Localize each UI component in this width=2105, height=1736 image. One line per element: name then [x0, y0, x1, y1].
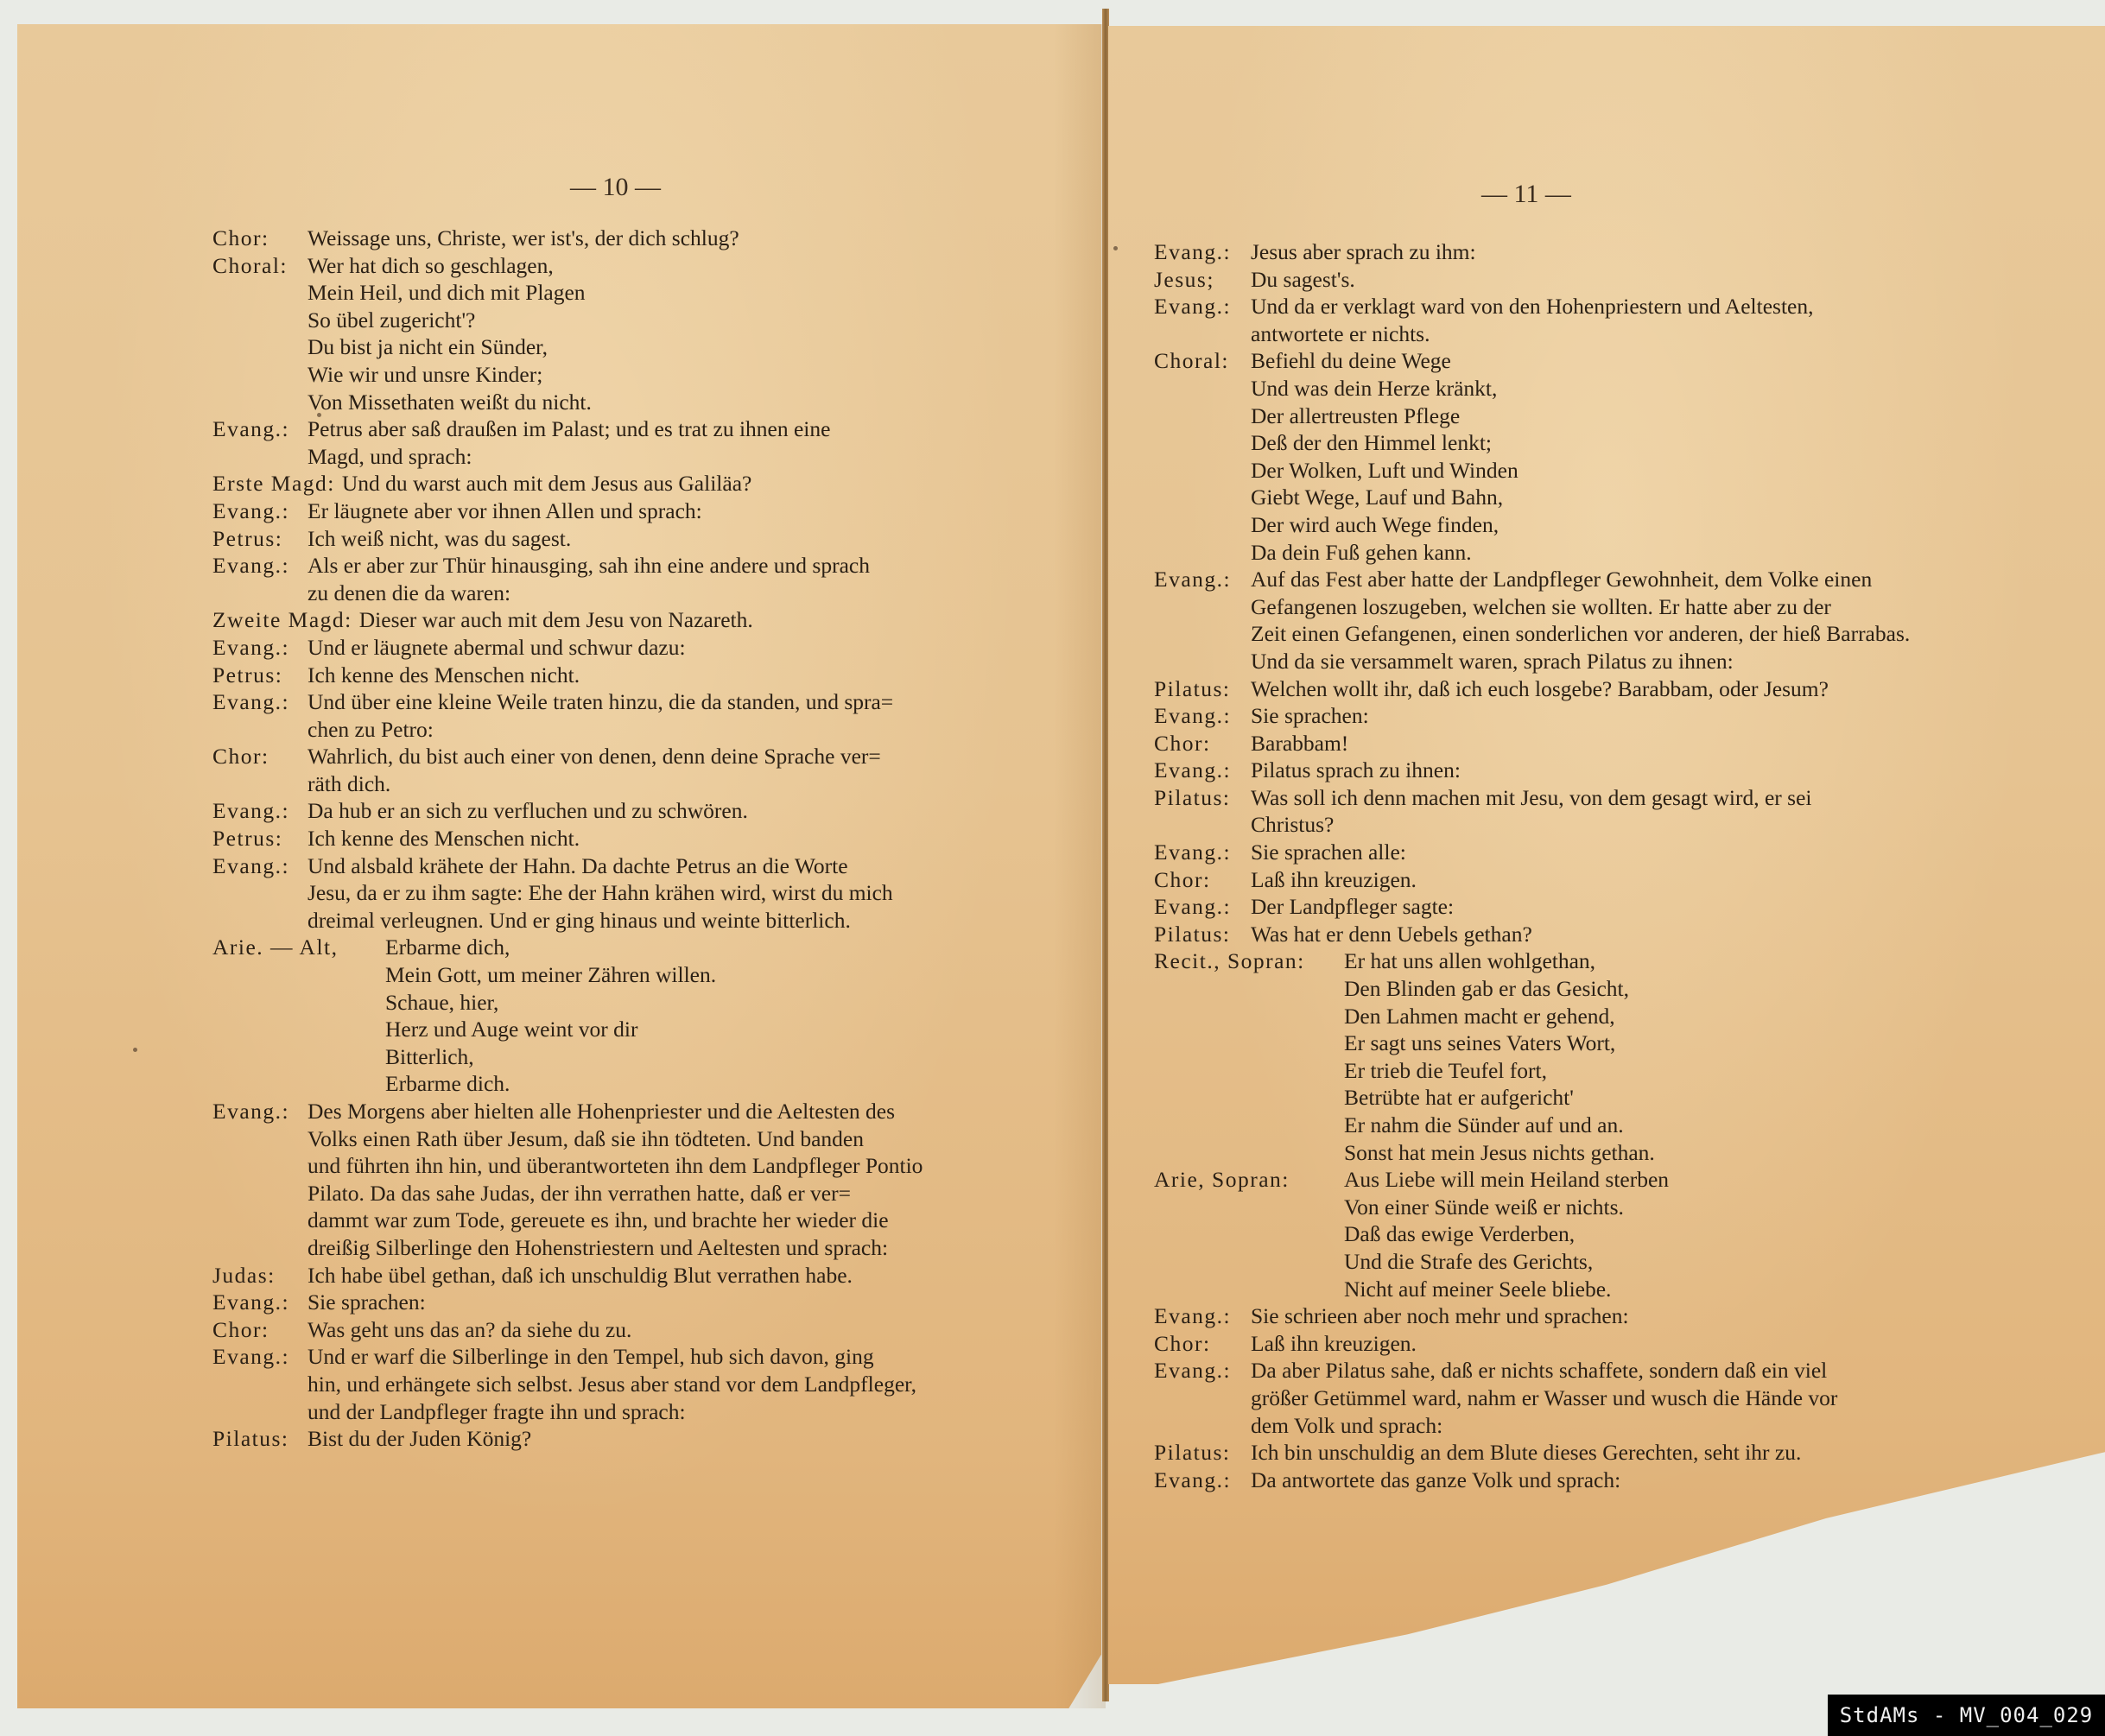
dialogue-entry: Evang.:Als er aber zur Thür hinausging, …: [212, 552, 1016, 606]
speech-text: Da aber Pilatus sahe, daß er nichts scha…: [1251, 1357, 1949, 1439]
left-page-text: Chor:Weissage uns, Christe, wer ist's, d…: [212, 225, 1016, 1453]
text-line: Nicht auf meiner Seele bliebe.: [1344, 1276, 1949, 1303]
speaker-label: Evang.:: [1154, 893, 1251, 921]
text-line: Gefangenen loszugeben, welchen sie wollt…: [1251, 593, 1949, 621]
speaker-label: Pilatus:: [1154, 1439, 1251, 1467]
speech-text: Ich habe übel gethan, daß ich unschuldig…: [308, 1262, 1016, 1289]
text-line: Jesu, da er zu ihm sagte: Ehe der Hahn k…: [308, 879, 1016, 907]
dialogue-entry: Chor:Laß ihn kreuzigen.: [1154, 866, 1949, 894]
dialogue-entry: Evang.:Und alsbald krähete der Hahn. Da …: [212, 852, 1016, 935]
speech-text: Sie sprachen:: [308, 1289, 1016, 1316]
speech-text: Da hub er an sich zu verfluchen und zu s…: [308, 797, 1016, 825]
speaker-label: Evang.:: [1154, 566, 1251, 675]
speech-text: Wer hat dich so geschlagen,Mein Heil, un…: [308, 252, 1016, 416]
text-line: Ich kenne des Menschen nicht.: [308, 662, 1016, 689]
dialogue-entry: Pilatus:Was soll ich denn machen mit Jes…: [1154, 784, 1949, 839]
text-line: größer Getümmel ward, nahm er Wasser und…: [1251, 1384, 1949, 1412]
speech-text: Petrus aber saß draußen im Palast; und e…: [308, 415, 1016, 470]
text-line: Auf das Fest aber hatte der Landpfleger …: [1251, 566, 1949, 593]
dialogue-entry: Evang.:Und über eine kleine Weile traten…: [212, 688, 1016, 743]
speaker-label: Judas:: [212, 1262, 308, 1289]
dialogue-entry: Evang.:Und er läugnete abermal und schwu…: [212, 634, 1016, 662]
text-line: Wie wir und unsre Kinder;: [308, 361, 1016, 389]
speech-text: Der Landpfleger sagte:: [1251, 893, 1949, 921]
text-line: Sonst hat mein Jesus nichts gethan.: [1344, 1139, 1949, 1167]
text-line: Jesus aber sprach zu ihm:: [1251, 238, 1949, 266]
speaker-label: Evang.:: [212, 1343, 308, 1425]
speaker-label: Petrus:: [212, 525, 308, 553]
speech-text: Ich kenne des Menschen nicht.: [308, 825, 1016, 852]
text-line: Laß ihn kreuzigen.: [1251, 1330, 1949, 1358]
text-line: Du sagest's.: [1251, 266, 1949, 294]
right-page: — 11 — Evang.:Jesus aber sprach zu ihm:J…: [1108, 26, 2105, 1684]
text-line: Und da er verklagt ward von den Hohenpri…: [1251, 293, 1949, 320]
dialogue-entry: Evang.:Da hub er an sich zu verfluchen u…: [212, 797, 1016, 825]
speaker-label: Choral:: [1154, 347, 1251, 566]
text-line: Sie schrieen aber noch mehr und sprachen…: [1251, 1302, 1949, 1330]
speaker-label: Evang.:: [1154, 1302, 1251, 1330]
text-line: Welchen wollt ihr, daß ich euch losgebe?…: [1251, 675, 1949, 703]
speaker-label: Evang.:: [212, 1289, 308, 1316]
text-line: Sie sprachen:: [1251, 702, 1949, 730]
text-line: dreimal verleugnen. Und er ging hinaus u…: [308, 907, 1016, 935]
text-line: chen zu Petro:: [308, 716, 1016, 744]
speaker-label: Evang.:: [212, 797, 308, 825]
speech-text: Befiehl du deine WegeUnd was dein Herze …: [1251, 347, 1949, 566]
speaker-label: Evang.:: [1154, 757, 1251, 784]
speech-text: Er läugnete aber vor ihnen Allen und spr…: [308, 497, 1016, 525]
dialogue-entry: Choral:Wer hat dich so geschlagen,Mein H…: [212, 252, 1016, 416]
text-line: Von einer Sünde weiß er nichts.: [1344, 1194, 1949, 1221]
paper-speck: [1113, 246, 1118, 250]
dialogue-entry: Evang.:Pilatus sprach zu ihnen:: [1154, 757, 1949, 784]
text-line: Er hat uns allen wohlgethan,: [1344, 947, 1949, 975]
text-line: Der Landpfleger sagte:: [1251, 893, 1949, 921]
dialogue-entry: Pilatus:Welchen wollt ihr, daß ich euch …: [1154, 675, 1949, 703]
text-line: Sie sprachen alle:: [1251, 839, 1949, 866]
speaker-label: Evang.:: [212, 634, 308, 662]
speech-text: Laß ihn kreuzigen.: [1251, 866, 1949, 894]
speech-text: Und über eine kleine Weile traten hinzu,…: [308, 688, 1016, 743]
dialogue-entry: Recit., Sopran:Er hat uns allen wohlgeth…: [1154, 947, 1949, 1166]
text-line: Er trieb die Teufel fort,: [1344, 1057, 1949, 1085]
book-spread: — 10 — Chor:Weissage uns, Christe, wer i…: [0, 0, 2105, 1736]
speech-text: Da antwortete das ganze Volk und sprach:: [1251, 1467, 1949, 1494]
speaker-label: Pilatus:: [212, 1425, 308, 1453]
text-line: zu denen die da waren:: [308, 580, 1016, 607]
speaker-label: Evang.:: [212, 852, 308, 935]
dialogue-entry: Evang.:Der Landpfleger sagte:: [1154, 893, 1949, 921]
speech-text: Wahrlich, du bist auch einer von denen, …: [308, 743, 1016, 797]
speaker-label: Evang.:: [1154, 293, 1251, 347]
text-line: dammt war zum Tode, gereuete es ihn, und…: [308, 1207, 1016, 1234]
dialogue-entry: Erste Magd:Und du warst auch mit dem Jes…: [212, 470, 1016, 497]
text-line: Und über eine kleine Weile traten hinzu,…: [308, 688, 1016, 716]
speaker-label: Arie, Sopran:: [1154, 1166, 1344, 1302]
dialogue-entry: Chor:Weissage uns, Christe, wer ist's, d…: [212, 225, 1016, 252]
text-line: Bist du der Juden König?: [308, 1425, 1016, 1453]
paper-speck: [317, 413, 321, 417]
text-line: Volks einen Rath über Jesum, daß sie ihn…: [308, 1125, 1016, 1153]
speaker-label: Jesus;: [1154, 266, 1251, 294]
speaker-label: Recit., Sopran:: [1154, 947, 1344, 1166]
text-line: Der Wolken, Luft und Winden: [1251, 457, 1949, 485]
speech-text: Und da er verklagt ward von den Hohenpri…: [1251, 293, 1949, 347]
speech-text: Aus Liebe will mein Heiland sterbenVon e…: [1344, 1166, 1949, 1302]
text-line: Den Lahmen macht er gehend,: [1344, 1003, 1949, 1030]
text-line: Mein Heil, und dich mit Plagen: [308, 279, 1016, 307]
speaker-label: Evang.:: [1154, 1467, 1251, 1494]
text-line: Barabbam!: [1251, 730, 1949, 757]
dialogue-entry: Arie, Sopran:Aus Liebe will mein Heiland…: [1154, 1166, 1949, 1302]
dialogue-entry: Chor:Laß ihn kreuzigen.: [1154, 1330, 1949, 1358]
left-page: — 10 — Chor:Weissage uns, Christe, wer i…: [17, 24, 1101, 1708]
speech-text: Was geht uns das an? da siehe du zu.: [308, 1316, 1016, 1344]
text-line: Des Morgens aber hielten alle Hohenpries…: [308, 1098, 1016, 1125]
dialogue-entry: Choral:Befiehl du deine WegeUnd was dein…: [1154, 347, 1949, 566]
dialogue-entry: Evang.:Petrus aber saß draußen im Palast…: [212, 415, 1016, 470]
speaker-label: Petrus:: [212, 662, 308, 689]
dialogue-entry: Arie. — Alt,Erbarme dich,Mein Gott, um m…: [212, 934, 1016, 1098]
dialogue-entry: Evang.:Da aber Pilatus sahe, daß er nich…: [1154, 1357, 1949, 1439]
speaker-label: Chor:: [212, 743, 308, 797]
text-line: und führten ihn hin, und überantworteten…: [308, 1152, 1016, 1180]
text-line: antwortete er nichts.: [1251, 320, 1949, 348]
text-line: Er nahm die Sünder auf und an.: [1344, 1112, 1949, 1139]
text-line: Der wird auch Wege finden,: [1251, 511, 1949, 539]
text-line: Und alsbald krähete der Hahn. Da dachte …: [308, 852, 1016, 880]
dialogue-entry: Zweite Magd:Dieser war auch mit dem Jesu…: [212, 606, 1016, 634]
speech-text: Und er warf die Silberlinge in den Tempe…: [308, 1343, 1016, 1425]
text-line: Ich bin unschuldig an dem Blute dieses G…: [1251, 1439, 1949, 1467]
speaker-label: Choral:: [212, 252, 308, 416]
dialogue-entry: Evang.:Da antwortete das ganze Volk und …: [1154, 1467, 1949, 1494]
text-line: So übel zugericht'?: [308, 307, 1016, 334]
speech-text: Was soll ich denn machen mit Jesu, von d…: [1251, 784, 1949, 839]
text-line: Und da sie versammelt waren, sprach Pila…: [1251, 648, 1949, 675]
paper-speck: [133, 1048, 137, 1052]
speaker-label: Evang.:: [212, 688, 308, 743]
page-number-right: — 11 —: [1481, 180, 1571, 209]
dialogue-entry: Pilatus:Ich bin unschuldig an dem Blute …: [1154, 1439, 1949, 1467]
speaker-label: Evang.:: [1154, 238, 1251, 266]
text-line: Aus Liebe will mein Heiland sterben: [1344, 1166, 1949, 1194]
dialogue-entry: Evang.:Er läugnete aber vor ihnen Allen …: [212, 497, 1016, 525]
text-line: Der allertreusten Pflege: [1251, 402, 1949, 430]
text-line: Herz und Auge weint vor dir: [385, 1016, 1016, 1043]
speaker-label: Chor:: [212, 225, 308, 252]
speaker-label: Evang.:: [212, 497, 308, 525]
text-line: Weissage uns, Christe, wer ist's, der di…: [308, 225, 1016, 252]
dialogue-entry: Evang.:Sie sprachen:: [212, 1289, 1016, 1316]
dialogue-entry: Chor:Barabbam!: [1154, 730, 1949, 757]
text-line: Da dein Fuß gehen kann.: [1251, 539, 1949, 567]
speech-text: Ich bin unschuldig an dem Blute dieses G…: [1251, 1439, 1949, 1467]
text-line: räth dich.: [308, 770, 1016, 798]
speech-text: Dieser war auch mit dem Jesu von Nazaret…: [359, 606, 1016, 634]
dialogue-entry: Pilatus:Was hat er denn Uebels gethan?: [1154, 921, 1949, 948]
text-line: Schaue, hier,: [385, 989, 1016, 1017]
speech-text: Des Morgens aber hielten alle Hohenpries…: [308, 1098, 1016, 1262]
text-line: Befiehl du deine Wege: [1251, 347, 1949, 375]
text-line: Ich habe übel gethan, daß ich unschuldig…: [308, 1262, 1016, 1289]
speaker-label: Chor:: [1154, 866, 1251, 894]
text-line: Bitterlich,: [385, 1043, 1016, 1071]
text-line: Daß das ewige Verderben,: [1344, 1220, 1949, 1248]
dialogue-entry: Evang.:Auf das Fest aber hatte der Landp…: [1154, 566, 1949, 675]
text-line: Und die Strafe des Gerichts,: [1344, 1248, 1949, 1276]
text-line: Den Blinden gab er das Gesicht,: [1344, 975, 1949, 1003]
dialogue-entry: Petrus:Ich weiß nicht, was du sagest.: [212, 525, 1016, 553]
speaker-label: Evang.:: [212, 415, 308, 470]
speech-text: Und er läugnete abermal und schwur dazu:: [308, 634, 1016, 662]
text-line: Was hat er denn Uebels gethan?: [1251, 921, 1949, 948]
text-line: Magd, und sprach:: [308, 443, 1016, 471]
dialogue-entry: Evang.:Sie schrieen aber noch mehr und s…: [1154, 1302, 1949, 1330]
speaker-label: Chor:: [1154, 1330, 1251, 1358]
text-line: Giebt Wege, Lauf und Bahn,: [1251, 484, 1949, 511]
text-line: Deß der den Himmel lenkt;: [1251, 429, 1949, 457]
text-line: Ich weiß nicht, was du sagest.: [308, 525, 1016, 553]
spine-shadow: [1054, 24, 1106, 1708]
text-line: Was soll ich denn machen mit Jesu, von d…: [1251, 784, 1949, 812]
dialogue-entry: Jesus;Du sagest's.: [1154, 266, 1949, 294]
text-line: hin, und erhängete sich selbst. Jesus ab…: [308, 1371, 1016, 1398]
text-line: Ich kenne des Menschen nicht.: [308, 825, 1016, 852]
dialogue-entry: Judas:Ich habe übel gethan, daß ich unsc…: [212, 1262, 1016, 1289]
speaker-label: Evang.:: [1154, 702, 1251, 730]
speaker-label: Evang.:: [1154, 839, 1251, 866]
speech-text: Sie sprachen alle:: [1251, 839, 1949, 866]
speaker-label: Pilatus:: [1154, 921, 1251, 948]
speech-text: Bist du der Juden König?: [308, 1425, 1016, 1453]
text-line: Dieser war auch mit dem Jesu von Nazaret…: [359, 606, 1016, 634]
dialogue-entry: Evang.:Und da er verklagt ward von den H…: [1154, 293, 1949, 347]
speaker-label: Evang.:: [212, 552, 308, 606]
dialogue-entry: Petrus:Ich kenne des Menschen nicht.: [212, 662, 1016, 689]
book-spine: [1102, 9, 1109, 1701]
text-line: dem Volk und sprach:: [1251, 1412, 1949, 1440]
text-line: Als er aber zur Thür hinausging, sah ihn…: [308, 552, 1016, 580]
speech-text: Welchen wollt ihr, daß ich euch losgebe?…: [1251, 675, 1949, 703]
dialogue-entry: Evang.:Jesus aber sprach zu ihm:: [1154, 238, 1949, 266]
archive-label: StdAMs - MV_004_029: [1828, 1695, 2105, 1736]
speech-text: Pilatus sprach zu ihnen:: [1251, 757, 1949, 784]
text-line: Betrübte hat er aufgericht': [1344, 1084, 1949, 1112]
dialogue-entry: Chor:Wahrlich, du bist auch einer von de…: [212, 743, 1016, 797]
dialogue-entry: Petrus:Ich kenne des Menschen nicht.: [212, 825, 1016, 852]
text-line: Da aber Pilatus sahe, daß er nichts scha…: [1251, 1357, 1949, 1384]
text-line: dreißig Silberlinge den Hohenstriestern …: [308, 1234, 1016, 1262]
speaker-label: Zweite Magd:: [212, 606, 352, 634]
text-line: Und was dein Herze kränkt,: [1251, 375, 1949, 402]
speech-text: Als er aber zur Thür hinausging, sah ihn…: [308, 552, 1016, 606]
speaker-label: Pilatus:: [1154, 784, 1251, 839]
speech-text: Laß ihn kreuzigen.: [1251, 1330, 1949, 1358]
speech-text: Sie sprachen:: [1251, 702, 1949, 730]
text-line: Petrus aber saß draußen im Palast; und e…: [308, 415, 1016, 443]
text-line: Sie sprachen:: [308, 1289, 1016, 1316]
text-line: Da hub er an sich zu verfluchen und zu s…: [308, 797, 1016, 825]
dialogue-entry: Chor:Was geht uns das an? da siehe du zu…: [212, 1316, 1016, 1344]
speech-text: Jesus aber sprach zu ihm:: [1251, 238, 1949, 266]
dialogue-entry: Pilatus:Bist du der Juden König?: [212, 1425, 1016, 1453]
dialogue-entry: Evang.:Des Morgens aber hielten alle Hoh…: [212, 1098, 1016, 1262]
text-line: Laß ihn kreuzigen.: [1251, 866, 1949, 894]
speaker-label: Chor:: [212, 1316, 308, 1344]
speaker-label: Pilatus:: [1154, 675, 1251, 703]
speaker-label: Evang.:: [1154, 1357, 1251, 1439]
speaker-label: Petrus:: [212, 825, 308, 852]
speech-text: Ich weiß nicht, was du sagest.: [308, 525, 1016, 553]
speaker-label: Evang.:: [212, 1098, 308, 1262]
text-line: Da antwortete das ganze Volk und sprach:: [1251, 1467, 1949, 1494]
speech-text: Auf das Fest aber hatte der Landpfleger …: [1251, 566, 1949, 675]
text-line: Und er warf die Silberlinge in den Tempe…: [308, 1343, 1016, 1371]
speaker-label: Chor:: [1154, 730, 1251, 757]
speech-text: Barabbam!: [1251, 730, 1949, 757]
text-line: Und er läugnete abermal und schwur dazu:: [308, 634, 1016, 662]
speaker-label: Arie. — Alt,: [212, 934, 385, 1098]
speech-text: Du sagest's.: [1251, 266, 1949, 294]
speech-text: Weissage uns, Christe, wer ist's, der di…: [308, 225, 1016, 252]
text-line: Mein Gott, um meiner Zähren willen.: [385, 961, 1016, 989]
dialogue-entry: Evang.:Und er warf die Silberlinge in de…: [212, 1343, 1016, 1425]
speech-text: Und du warst auch mit dem Jesus aus Gali…: [342, 470, 1016, 497]
speech-text: Sie schrieen aber noch mehr und sprachen…: [1251, 1302, 1949, 1330]
text-line: Pilatus sprach zu ihnen:: [1251, 757, 1949, 784]
text-line: Was geht uns das an? da siehe du zu.: [308, 1316, 1016, 1344]
speech-text: Was hat er denn Uebels gethan?: [1251, 921, 1949, 948]
text-line: Wahrlich, du bist auch einer von denen, …: [308, 743, 1016, 770]
text-line: Und du warst auch mit dem Jesus aus Gali…: [342, 470, 1016, 497]
speech-text: Und alsbald krähete der Hahn. Da dachte …: [308, 852, 1016, 935]
right-page-text: Evang.:Jesus aber sprach zu ihm:Jesus;Du…: [1154, 238, 1949, 1493]
text-line: und der Landpfleger fragte ihn und sprac…: [308, 1398, 1016, 1426]
speaker-label: Erste Magd:: [212, 470, 335, 497]
speech-text: Ich kenne des Menschen nicht.: [308, 662, 1016, 689]
text-line: Du bist ja nicht ein Sünder,: [308, 333, 1016, 361]
text-line: Er läugnete aber vor ihnen Allen und spr…: [308, 497, 1016, 525]
speech-text: Er hat uns allen wohlgethan,Den Blinden …: [1344, 947, 1949, 1166]
dialogue-entry: Evang.:Sie sprachen:: [1154, 702, 1949, 730]
text-line: Er sagt uns seines Vaters Wort,: [1344, 1030, 1949, 1057]
text-line: Erbarme dich,: [385, 934, 1016, 961]
text-line: Zeit einen Gefangenen, einen sonderliche…: [1251, 620, 1949, 648]
text-line: Erbarme dich.: [385, 1070, 1016, 1098]
text-line: Christus?: [1251, 811, 1949, 839]
dialogue-entry: Evang.:Sie sprachen alle:: [1154, 839, 1949, 866]
text-line: Wer hat dich so geschlagen,: [308, 252, 1016, 280]
text-line: Pilato. Da das sahe Judas, der ihn verra…: [308, 1180, 1016, 1207]
text-line: Von Missethaten weißt du nicht.: [308, 389, 1016, 416]
page-number-left: — 10 —: [570, 173, 661, 202]
speech-text: Erbarme dich,Mein Gott, um meiner Zähren…: [385, 934, 1016, 1098]
